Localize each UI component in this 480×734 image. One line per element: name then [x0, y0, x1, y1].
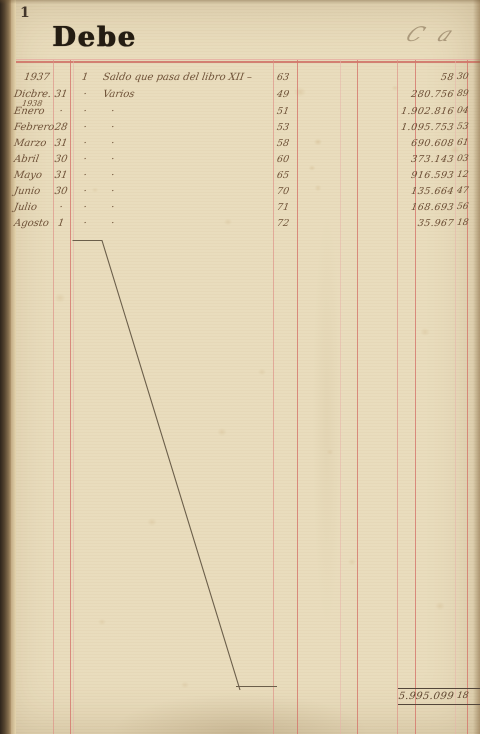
cell-amount-pesos: 916.593 — [335, 170, 455, 181]
cell-ref: · — [76, 154, 94, 165]
cell-amount-cents: 56 — [456, 202, 470, 212]
cell-month: Junio — [13, 186, 41, 197]
ruling-horizontal-line-top — [8, 59, 480, 60]
ledger-row: Febrero 28 · · 53 1.095.753 53 — [0, 122, 480, 137]
ledger-row: Abril 30 · · 60 373.143 03 — [0, 154, 480, 169]
page-number: 1 — [20, 5, 30, 21]
cell-folio: 49 — [269, 89, 297, 100]
cell-concept-ditto: · — [110, 138, 115, 149]
cell-folio: 58 — [269, 138, 297, 149]
cell-concept: Saldo que pasa del libro XII – — [102, 72, 253, 83]
ruling-horizontal-line-main — [8, 61, 480, 63]
cell-concept-ditto: · — [110, 218, 115, 229]
cell-day: 30 — [51, 154, 71, 165]
cell-ref: 1 — [76, 72, 94, 83]
cell-amount-cents: 61 — [456, 138, 470, 148]
total-amount-pesos: 5.995.099 — [335, 691, 455, 702]
cell-day: 28 — [51, 122, 71, 133]
page-top-edge-shadow — [0, 0, 480, 4]
cell-month: Abril — [13, 154, 40, 165]
ledger-row: Agosto 1 · · 72 35.967 18 — [0, 218, 480, 233]
cell-concept-ditto: · — [110, 170, 115, 181]
cell-day: · — [51, 106, 71, 117]
cell-concept-ditto: · — [110, 122, 115, 133]
cell-ref: · — [76, 170, 94, 181]
cell-amount-pesos: 1.902.816 — [335, 106, 455, 117]
cell-amount-pesos: 1.095.753 — [335, 122, 455, 133]
cell-ref: · — [76, 138, 94, 149]
cell-folio: 51 — [269, 106, 297, 117]
ledger-row: Marzo 31 · · 58 690.608 61 — [0, 138, 480, 153]
cell-amount-cents: 89 — [456, 89, 470, 99]
cell-day: 31 — [51, 170, 71, 181]
cell-month: Febrero — [13, 122, 55, 133]
cell-month: Mayo — [13, 170, 43, 181]
cell-day: 30 — [51, 186, 71, 197]
total-rule-top — [398, 688, 480, 689]
cell-ref: · — [76, 89, 94, 100]
cell-day: 31 — [51, 89, 71, 100]
cell-concept-ditto: · — [110, 202, 115, 213]
ledger-row: Julio · · · 71 168.693 56 — [0, 202, 480, 217]
cell-amount-pesos: 690.608 — [335, 138, 455, 149]
cell-day: · — [51, 202, 71, 213]
cell-folio: 71 — [269, 202, 297, 213]
cell-folio: 65 — [269, 170, 297, 181]
cell-amount-pesos: 135.664 — [335, 186, 455, 197]
cell-amount-pesos: 280.756 — [335, 89, 455, 100]
cell-ref: · — [76, 186, 94, 197]
ledger-row: Junio 30 · · 70 135.664 47 — [0, 186, 480, 201]
cell-amount-cents: 18 — [456, 218, 470, 228]
cell-folio: 53 — [269, 122, 297, 133]
cell-folio: 63 — [269, 72, 297, 83]
ledger-row: 1937 1 Saldo que pasa del libro XII – 63… — [0, 72, 480, 87]
cell-amount-cents: 53 — [456, 122, 470, 132]
cell-amount-cents: 04 — [456, 106, 470, 116]
cell-ref: · — [76, 106, 94, 117]
cell-amount-cents: 30 — [456, 72, 470, 82]
cell-concept: Varios — [102, 89, 135, 100]
cell-month: Julio — [13, 202, 38, 213]
total-rule-bottom — [398, 704, 480, 705]
cell-amount-cents: 47 — [456, 186, 470, 196]
cell-amount-cents: 12 — [456, 170, 470, 180]
cell-concept-ditto: · — [110, 186, 115, 197]
cell-concept-ditto: · — [110, 106, 115, 117]
cell-ref: · — [76, 218, 94, 229]
cell-month: Marzo — [13, 138, 47, 149]
total-amount-cents: 18 — [456, 691, 469, 701]
cell-amount-pesos: 168.693 — [335, 202, 455, 213]
ledger-row: Mayo 31 · · 65 916.593 12 — [0, 170, 480, 185]
cell-amount-pesos: 35.967 — [335, 218, 455, 229]
cell-folio: 70 — [269, 186, 297, 197]
cell-month: Enero — [13, 106, 45, 117]
page-title-debe: Debe — [52, 22, 137, 53]
cell-day: 1 — [51, 218, 71, 229]
cell-amount-pesos: 373.143 — [335, 154, 455, 165]
cell-amount-pesos: 58 — [335, 72, 455, 83]
cell-month: Agosto — [13, 218, 50, 229]
cell-ref: · — [76, 202, 94, 213]
cell-ref: · — [76, 122, 94, 133]
ledger-row: Dicbre. 1938 31 · Varios 49 280.756 89 — [0, 89, 480, 104]
cell-folio: 60 — [269, 154, 297, 165]
cell-year: 1937 — [23, 72, 50, 83]
cell-amount-cents: 03 — [456, 154, 470, 164]
cell-concept-ditto: · — [110, 154, 115, 165]
ledger-row: Enero · · · 51 1.902.816 04 — [0, 106, 480, 121]
cell-day: 31 — [51, 138, 71, 149]
ledger-page-scan: 1 Debe C a 1937 1 Saldo que pasa del lib… — [0, 0, 480, 734]
cell-folio: 72 — [269, 218, 297, 229]
